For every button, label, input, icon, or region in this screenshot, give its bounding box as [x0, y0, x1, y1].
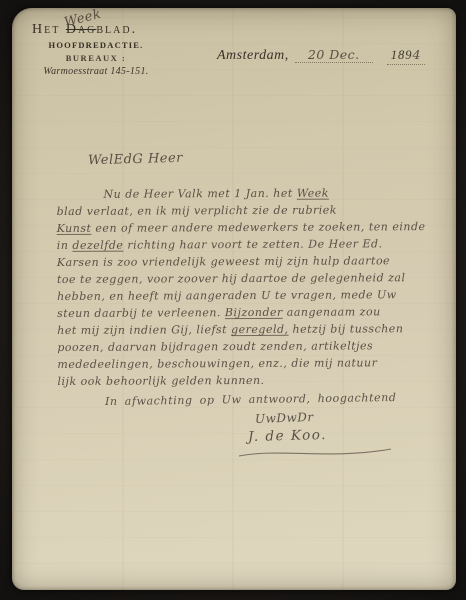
letterhead-hoofdredactie: HOOFDREDACTIE.	[28, 40, 164, 50]
body-line: lijk ook behoorlijk gelden kunnen.	[57, 371, 443, 390]
signature-flourish	[236, 445, 396, 461]
dateline-printed-year: 189	[391, 48, 413, 62]
closing-line: In afwachting op Uw antwoord, hoogachten…	[105, 391, 397, 408]
letterhead-title: Het Dagblad. Week	[28, 22, 164, 38]
letterhead: Het Dagblad. Week HOOFDREDACTIE. BUREAUX…	[28, 22, 164, 77]
dateline: Amsterdam, 20 Dec. 1894	[217, 46, 425, 65]
letterhead-title-suffix: blad.	[96, 22, 137, 37]
dateline-handwritten-year-digit: 4	[413, 47, 421, 62]
letterhead-title-prefix: Het	[32, 22, 66, 37]
valediction: UwDwDr	[255, 410, 314, 426]
scan-background: Het Dagblad. Week HOOFDREDACTIE. BUREAUX…	[0, 0, 466, 600]
signature: J. de Koo.	[248, 427, 327, 445]
letterhead-address: Warmoesstraat 145-151.	[28, 66, 164, 77]
body-line: hebben, en heeft mij aangeraden U te vra…	[57, 286, 443, 305]
body-line: Karsen is zoo vriendelijk geweest mij zi…	[57, 252, 443, 271]
body-line: toe te zeggen, voor zoover hij daartoe d…	[57, 269, 443, 288]
salutation: WelEdG Heer	[88, 151, 183, 168]
body-line: steun daarbij te verleenen. Bijzonder aa…	[57, 303, 443, 322]
dateline-year: 1894	[387, 46, 425, 65]
dateline-city: Amsterdam,	[217, 48, 289, 64]
body-line: Nu de Heer Valk met 1 Jan. het Week	[56, 184, 442, 203]
letterhead-bureaux: BUREAUX :	[28, 53, 164, 63]
body-line: mededeelingen, beschouwingen, enz., die …	[57, 354, 443, 373]
body-line: in dezelfde richting haar voort te zette…	[57, 235, 443, 254]
dateline-handwritten-day: 20 Dec.	[295, 47, 373, 63]
body-line: poozen, daarvan bijdragen zoudt zenden, …	[57, 337, 443, 356]
body-line: blad verlaat, en ik mij verplicht zie de…	[57, 201, 443, 220]
body-line: het mij zijn indien Gij, liefst geregeld…	[57, 320, 443, 339]
letter-paper: Het Dagblad. Week HOOFDREDACTIE. BUREAUX…	[12, 8, 456, 590]
letter-body: Nu de Heer Valk met 1 Jan. het Weekblad …	[56, 184, 443, 390]
body-line: Kunst een of meer andere medewerkers te …	[57, 218, 443, 237]
